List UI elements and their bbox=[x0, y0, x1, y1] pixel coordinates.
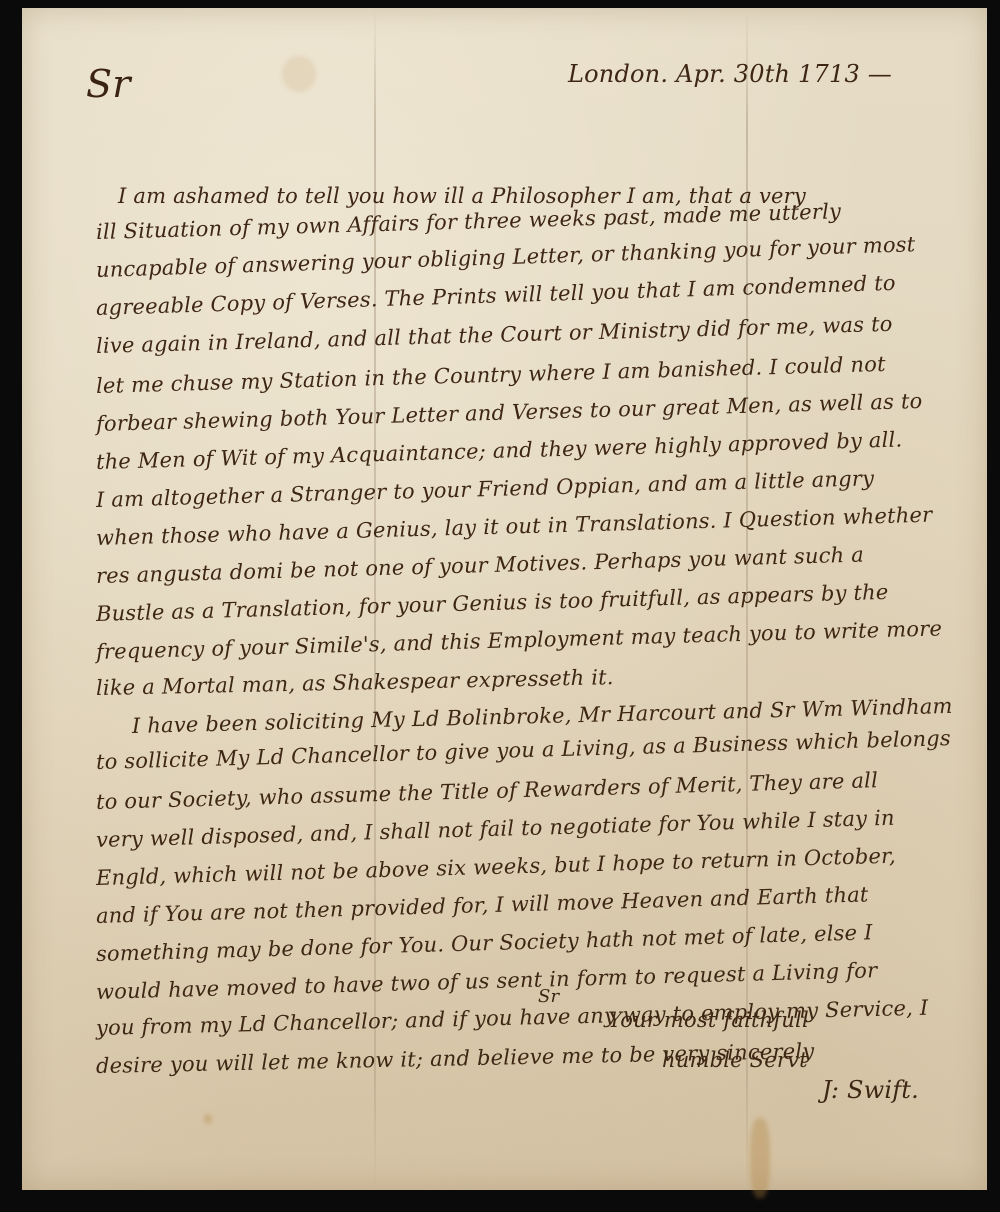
letter-line: let me chuse my Station in the Country w… bbox=[96, 352, 886, 398]
paper-stain bbox=[282, 56, 316, 92]
letter-line: would have moved to have two of us sent … bbox=[96, 958, 878, 1004]
closing-line-1: Your most faithfull bbox=[608, 1008, 809, 1032]
letter-page: Sr London. Apr. 30th 1713 — I am ashamed… bbox=[22, 8, 987, 1190]
letter-line: very well disposed, and, I shall not fai… bbox=[96, 806, 895, 852]
letter-line: live again in Ireland, and all that the … bbox=[96, 312, 893, 358]
letter-line: res angusta domi be not one of your Moti… bbox=[96, 543, 865, 588]
letter-line: I am altogether a Stranger to your Frien… bbox=[96, 466, 875, 512]
scan-background: Sr London. Apr. 30th 1713 — I am ashamed… bbox=[0, 0, 1000, 1212]
paper-stain bbox=[204, 1114, 212, 1124]
letter-line: to our Society, who assume the Title of … bbox=[96, 768, 879, 814]
letter-line: and if You are not then provided for, I … bbox=[96, 882, 869, 928]
closing-line-2: humble Servt bbox=[662, 1048, 808, 1072]
letter-line: frequency of your Simile's, and this Emp… bbox=[96, 616, 943, 664]
letter-line: forbear shewing both Your Letter and Ver… bbox=[96, 389, 923, 436]
signature: J: Swift. bbox=[822, 1076, 919, 1104]
dateline: London. Apr. 30th 1713 — bbox=[568, 60, 892, 88]
letter-line: Engld, which will not be above six weeks… bbox=[96, 844, 896, 890]
salutation: Sr bbox=[86, 62, 131, 106]
letter-line: like a Mortal man, as Shakespear express… bbox=[96, 665, 614, 700]
letter-line: the Men of Wit of my Acquaintance; and t… bbox=[96, 427, 903, 474]
letter-line: Bustle as a Translation, for your Genius… bbox=[96, 580, 889, 626]
closing-sir: Sr bbox=[538, 986, 559, 1007]
letter-line: something may be done for You. Our Socie… bbox=[96, 920, 873, 966]
paper-stain bbox=[750, 1118, 770, 1198]
letter-line: when those who have a Genius, lay it out… bbox=[96, 503, 933, 550]
